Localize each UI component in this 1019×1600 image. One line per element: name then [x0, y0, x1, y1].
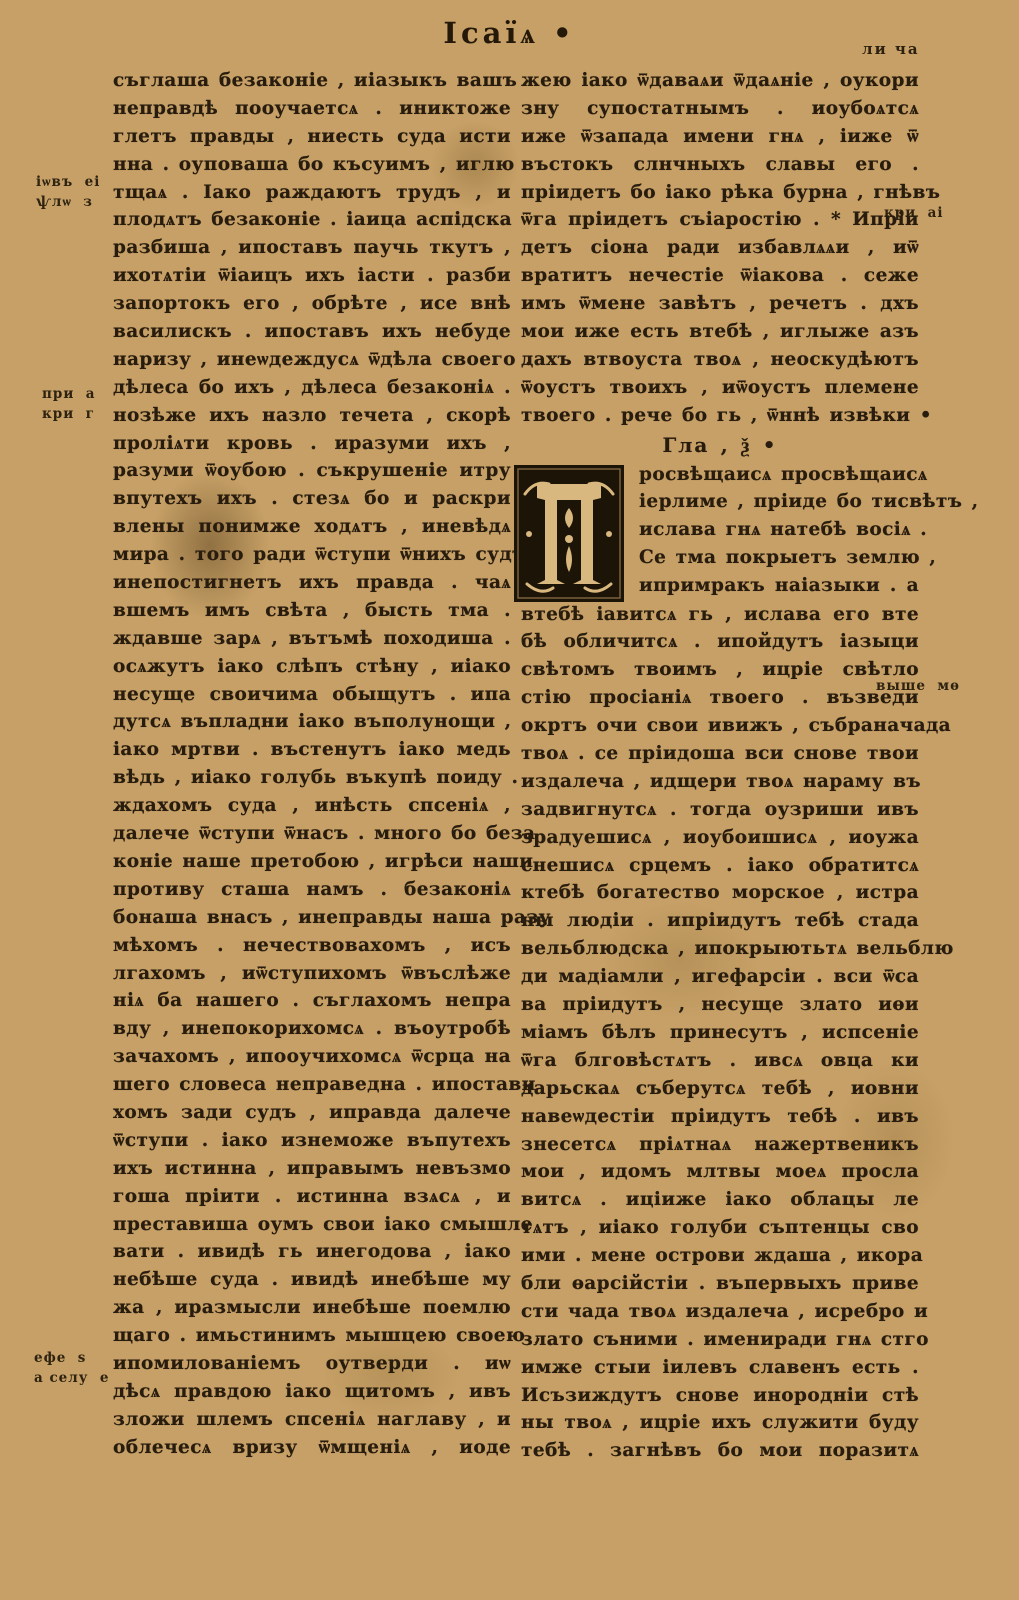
text-line: ждавше зарѧ , вътъмѣ походиша .: [113, 625, 511, 653]
margin-note-job-psalm: іѡвъ еіѱлѡ з: [36, 172, 100, 212]
text-column-right: жею іако ѿдаваѧи ѿдаѧніе , оукоризну суп…: [521, 67, 919, 1465]
text-line: ди мадіамли , игефарсіи . вси ѿса: [521, 963, 919, 991]
text-line: разбиша , ипоставъ паучь ткутъ ,: [113, 234, 511, 262]
text-line: щаго . имьстинимъ мышцею своею ,: [113, 1322, 511, 1350]
text-line: противу сташа намъ . безаконіѧ: [113, 876, 511, 904]
text-line: ніѧ ба нашего . съглахомъ непра: [113, 987, 511, 1015]
text-line: издалеча , идщери твоѧ нараму въ: [521, 768, 919, 796]
text-line: шего словеса неправедна . ипостави: [113, 1071, 511, 1099]
text-line: вратитъ нечестіе ѿіакова . сеже: [521, 262, 919, 290]
text-line: задвигнутсѧ . тогда оузриши ивъ: [521, 796, 919, 824]
margin-note-ephesians-thessalonians: ефе ѕа селу е: [34, 1348, 109, 1388]
text-line: мои , идомъ млтвы моеѧ просла: [521, 1158, 919, 1186]
text-line: сти чада твоѧ издалеча , исребро и: [521, 1298, 919, 1326]
text-line: ѱлѡ з: [36, 192, 100, 212]
text-line: нна . оуповаша бо късуимъ , иглю: [113, 151, 511, 179]
text-line: гоша пріити . истинна взѧсѧ , и: [113, 1183, 511, 1211]
text-line: мира . того ради ѿступи ѿнихъ судъ ,: [113, 541, 511, 569]
text-line: іерлиме , пріиде бо тисвѣтъ ,: [639, 488, 919, 516]
text-line: стію просіаніѧ твоего . възведи: [521, 684, 919, 712]
text-line: ны твоѧ , ицріе ихъ служити буду: [521, 1409, 919, 1437]
text-line: вѣдь , иіако голубь въкупѣ поиду .: [113, 764, 511, 792]
text-line: пріидетъ бо іако рѣка бурна , гнѣвъ: [521, 179, 919, 207]
text-line: облечесѧ вризу ѿмщеніѧ , иоде: [113, 1434, 511, 1462]
text-line: ктебѣ богатество морское , истра: [521, 879, 919, 907]
text-line: ны людіи . ипріидутъ тебѣ стада: [521, 907, 919, 935]
text-line: тебѣ . загнѣвъ бо мои поразитѧ: [521, 1437, 919, 1465]
text-line: съглаша безаконіе , иіазыкъ вашъ: [113, 67, 511, 95]
text-line: знесетсѧ пріѧтнаѧ нажертвеникъ: [521, 1131, 919, 1159]
text-line: міамъ бѣлъ принесутъ , испсеніе: [521, 1019, 919, 1047]
text-line: окртъ очи свои ивижъ , събраначада: [521, 712, 919, 740]
text-line: вшемъ имъ свѣта , бысть тма .: [113, 597, 511, 625]
text-line: навеѡдестіи пріидутъ тебѣ . ивъ: [521, 1103, 919, 1131]
text-line: кри г: [42, 404, 95, 424]
text-line: вельблюдска , ипокрыютьтѧ вельблю: [521, 935, 919, 963]
text-line: небѣше суда . ивидѣ инебѣше му: [113, 1266, 511, 1294]
text-line: лгахомъ , иѿступихомъ ѿвъслѣже: [113, 960, 511, 988]
text-line: преставиша оумъ свои іако смышле: [113, 1211, 511, 1239]
text-line: іако мртви . въстенутъ іако медь: [113, 736, 511, 764]
text-line: ва пріидутъ , несуще злато иѳи: [521, 991, 919, 1019]
text-line: неправдѣ пооучаетсѧ . иниктоже: [113, 95, 511, 123]
text-line: глетъ правды , ниесть суда исти: [113, 123, 511, 151]
text-column-left: съглаша безаконіе , иіазыкъ вашънеправдѣ…: [113, 67, 511, 1462]
margin-note-proverbs-romans: при акри г: [42, 384, 95, 424]
text-line: твоего . рече бо гь , ѿннѣ извѣки •: [521, 402, 919, 430]
book-page: Ісаїѧ • ли ча іѡвъ еіѱлѡ з при акри г еф…: [0, 0, 1019, 1600]
text-line: дарьскаѧ съберутсѧ тебѣ , иовни: [521, 1075, 919, 1103]
text-line: дахъ втвоуста твоѧ , неоскудѣютъ: [521, 346, 919, 374]
text-line: наризу , инеѡдеждусѧ ѿдѣла своего .: [113, 346, 511, 374]
text-line: твоѧ . се пріидоша вси снове твои: [521, 740, 919, 768]
text-line: свѣтомъ твоимъ , ицріе свѣтло: [521, 656, 919, 684]
text-line: снешисѧ срцемъ . іако обратитсѧ: [521, 852, 919, 880]
right-column-upper: жею іако ѿдаваѧи ѿдаѧніе , оукоризну суп…: [521, 67, 919, 430]
text-line: ѿступи . іако изнеможе въпутехъ: [113, 1127, 511, 1155]
text-line: ислава гнѧ натебѣ восіѧ .: [639, 516, 919, 544]
text-line: зложи шлемъ спсеніѧ наглаву , и: [113, 1406, 511, 1434]
text-line: витсѧ . иціиже іако облацы ле: [521, 1186, 919, 1214]
right-column-lower: втебѣ іавитсѧ гь , ислава его втебѣ обли…: [521, 601, 919, 1466]
text-line: ими . мене острови ждаша , икора: [521, 1242, 919, 1270]
text-line: ипримракъ наіазыки . а: [639, 572, 919, 600]
text-line: бѣ обличитсѧ . ипойдутъ іазыци: [521, 628, 919, 656]
text-line: зачахомъ , ипооучихомсѧ ѿсрца на: [113, 1043, 511, 1071]
text-line: имже стыи іилевъ славенъ есть .: [521, 1354, 919, 1382]
chapter-opening: росвѣщаисѧ просвѣщаисѧіерлиме , пріиде б…: [521, 461, 919, 601]
text-line: осѧжутъ іако слѣпъ стѣну , иіако: [113, 653, 511, 681]
text-line: василискъ . ипоставъ ихъ небуде: [113, 318, 511, 346]
text-line: жа , иразмысли инебѣше поемлю: [113, 1294, 511, 1322]
text-line: іѡвъ еі: [36, 172, 100, 192]
text-line: зну супостатнымъ . иоубоѧтсѧ: [521, 95, 919, 123]
text-line: злато съними . имениради гнѧ стго: [521, 1326, 919, 1354]
text-line: тщаѧ . Іако раждаютъ трудъ , и: [113, 179, 511, 207]
text-line: инепостигнетъ ихъ правда . чаѧ: [113, 569, 511, 597]
text-line: мѣхомъ . нечествовахомъ , исъ: [113, 932, 511, 960]
folio-number: ли ча: [862, 40, 1002, 58]
text-line: тѧтъ , иіако голуби съптенцы сво: [521, 1214, 919, 1242]
text-line: вду , инепокорихомсѧ . въоутробѣ: [113, 1015, 511, 1043]
text-line: зрадуешисѧ , иоубоишисѧ , иоужа: [521, 824, 919, 852]
text-line: втебѣ іавитсѧ гь , ислава его вте: [521, 601, 919, 629]
text-line: ѿоустъ твоихъ , иѿоустъ племене: [521, 374, 919, 402]
text-line: Се тма покрыетъ землю ,: [639, 544, 919, 572]
text-line: вати . ивидѣ гь инегодова , іако: [113, 1238, 511, 1266]
text-line: ихотѧтіи ѿіаицъ ихъ іасти . разби: [113, 262, 511, 290]
text-line: жею іако ѿдаваѧи ѿдаѧніе , оукори: [521, 67, 919, 95]
chapter-heading: Гла , ѯ •: [521, 430, 919, 461]
text-line: впутехъ ихъ . стезѧ бо и раскри: [113, 485, 511, 513]
text-line: ипомилованіемъ оутверди . иѡ: [113, 1350, 511, 1378]
text-line: коніе наше претобою , игрѣси наши: [113, 848, 511, 876]
text-line: бонаша внасъ , инеправды наша разу: [113, 904, 511, 932]
text-line: плодѧтъ безаконіе . іаица аспідска: [113, 206, 511, 234]
text-line: ефе ѕ: [34, 1348, 109, 1368]
text-line: запортокъ его , обрѣте , исе внѣ: [113, 290, 511, 318]
text-line: дѣсѧ правдою іако щитомъ , ивъ: [113, 1378, 511, 1406]
text-line: разуми ѿоубою . съкрушеніе итру: [113, 457, 511, 485]
text-line: ждахомъ суда , инѣсть спсеніѧ ,: [113, 792, 511, 820]
text-line: детъ сіона ради избавлѧѧи , иѿ: [521, 234, 919, 262]
text-line: росвѣщаисѧ просвѣщаисѧ: [639, 461, 919, 489]
text-line: ѿга пріидетъ съіаростію . * Ипріи: [521, 206, 919, 234]
text-line: несуще своичима обыщутъ . ипа: [113, 681, 511, 709]
text-line: при а: [42, 384, 95, 404]
text-line: проліѧти кровь . иразуми ихъ ,: [113, 430, 511, 458]
text-line: далече ѿступи ѿнасъ . много бо беза: [113, 820, 511, 848]
ornate-initial-P: [513, 464, 625, 603]
text-line: нозѣже ихъ назло течета , скорѣ: [113, 402, 511, 430]
text-line: а селу е: [34, 1368, 109, 1388]
text-line: ѿга блговѣстѧтъ . ивсѧ овца ки: [521, 1047, 919, 1075]
text-line: ихъ истинна , иправымъ невъзмо: [113, 1155, 511, 1183]
text-line: имъ ѿмене завѣтъ , речетъ . дхъ: [521, 290, 919, 318]
text-line: дутсѧ въпладни іако въполунощи ,: [113, 708, 511, 736]
text-line: влены понимже ходѧтъ , иневѣдѧ: [113, 513, 511, 541]
text-line: мои иже есть втебѣ , иглыже азъ: [521, 318, 919, 346]
text-line: Исъзиждутъ снове инородніи стѣ: [521, 1382, 919, 1410]
text-line: въстокъ слнчныхъ славы его .: [521, 151, 919, 179]
text-line: иже ѿзапада имени гнѧ , іиже ѿ: [521, 123, 919, 151]
text-line: хомъ зади судъ , иправда далече: [113, 1099, 511, 1127]
text-line: дѣлеса бо ихъ , дѣлеса безаконіѧ .: [113, 374, 511, 402]
text-line: бли ѳарсійстіи . въпервыхъ приве: [521, 1270, 919, 1298]
